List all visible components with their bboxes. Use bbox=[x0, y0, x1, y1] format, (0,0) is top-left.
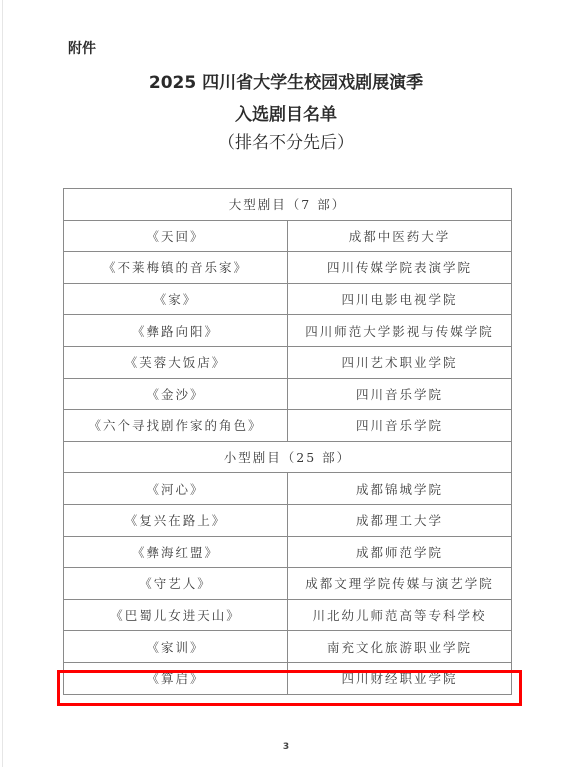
table-row: 《六个寻找剧作家的角色》 四川音乐学院 bbox=[64, 410, 512, 442]
table-row: 《家》 四川电影电视学院 bbox=[64, 283, 512, 315]
table-row: 《彝路向阳》 四川师范大学影视与传媒学院 bbox=[64, 315, 512, 347]
table-row: 《天回》 成都中医药大学 bbox=[64, 220, 512, 252]
play-title: 《家训》 bbox=[64, 631, 288, 663]
school-name: 四川师范大学影视与传媒学院 bbox=[288, 315, 512, 347]
play-title: 《不莱梅镇的音乐家》 bbox=[64, 252, 288, 284]
selected-plays-table: 大型剧目（7 部） 《天回》 成都中医药大学 《不莱梅镇的音乐家》 四川传媒学院… bbox=[63, 188, 512, 695]
school-name: 成都理工大学 bbox=[288, 504, 512, 536]
school-name: 四川电影电视学院 bbox=[288, 283, 512, 315]
school-name: 成都师范学院 bbox=[288, 536, 512, 568]
table-row: 《家训》 南充文化旅游职业学院 bbox=[64, 631, 512, 663]
play-title: 《守艺人》 bbox=[64, 568, 288, 600]
table-row: 《不莱梅镇的音乐家》 四川传媒学院表演学院 bbox=[64, 252, 512, 284]
play-title: 《金沙》 bbox=[64, 378, 288, 410]
school-name: 四川艺术职业学院 bbox=[288, 346, 512, 378]
section-heading: 小型剧目（25 部） bbox=[64, 441, 512, 473]
document-subtitle: 入选剧目名单 bbox=[0, 100, 572, 125]
play-title: 《彝海红盟》 bbox=[64, 536, 288, 568]
document-title: 2025 四川省大学生校园戏剧展演季 bbox=[0, 68, 572, 93]
table-row: 《巴蜀儿女进天山》 川北幼儿师范高等专科学校 bbox=[64, 599, 512, 631]
play-title: 《家》 bbox=[64, 283, 288, 315]
school-name: 四川音乐学院 bbox=[288, 410, 512, 442]
play-title: 《复兴在路上》 bbox=[64, 504, 288, 536]
table-row: 《芙蓉大饭店》 四川艺术职业学院 bbox=[64, 346, 512, 378]
school-name: 南充文化旅游职业学院 bbox=[288, 631, 512, 663]
play-title: 《巴蜀儿女进天山》 bbox=[64, 599, 288, 631]
ordering-note: （排名不分先后） bbox=[0, 128, 572, 153]
page-number: 3 bbox=[0, 742, 572, 752]
play-title: 《六个寻找剧作家的角色》 bbox=[64, 410, 288, 442]
highlight-box bbox=[57, 670, 522, 706]
section-heading-small: 小型剧目（25 部） bbox=[64, 441, 512, 473]
play-title: 《芙蓉大饭店》 bbox=[64, 346, 288, 378]
school-name: 四川音乐学院 bbox=[288, 378, 512, 410]
table-row: 《复兴在路上》 成都理工大学 bbox=[64, 504, 512, 536]
table-row: 《彝海红盟》 成都师范学院 bbox=[64, 536, 512, 568]
table-row: 《河心》 成都锦城学院 bbox=[64, 473, 512, 505]
play-title: 《天回》 bbox=[64, 220, 288, 252]
school-name: 四川传媒学院表演学院 bbox=[288, 252, 512, 284]
school-name: 成都锦城学院 bbox=[288, 473, 512, 505]
school-name: 川北幼儿师范高等专科学校 bbox=[288, 599, 512, 631]
attachment-label: 附件 bbox=[68, 38, 96, 58]
table-row: 《守艺人》 成都文理学院传媒与演艺学院 bbox=[64, 568, 512, 600]
section-heading-large: 大型剧目（7 部） bbox=[64, 189, 512, 221]
play-title: 《彝路向阳》 bbox=[64, 315, 288, 347]
section-heading: 大型剧目（7 部） bbox=[64, 189, 512, 221]
school-name: 成都文理学院传媒与演艺学院 bbox=[288, 568, 512, 600]
school-name: 成都中医药大学 bbox=[288, 220, 512, 252]
play-title: 《河心》 bbox=[64, 473, 288, 505]
table-row: 《金沙》 四川音乐学院 bbox=[64, 378, 512, 410]
